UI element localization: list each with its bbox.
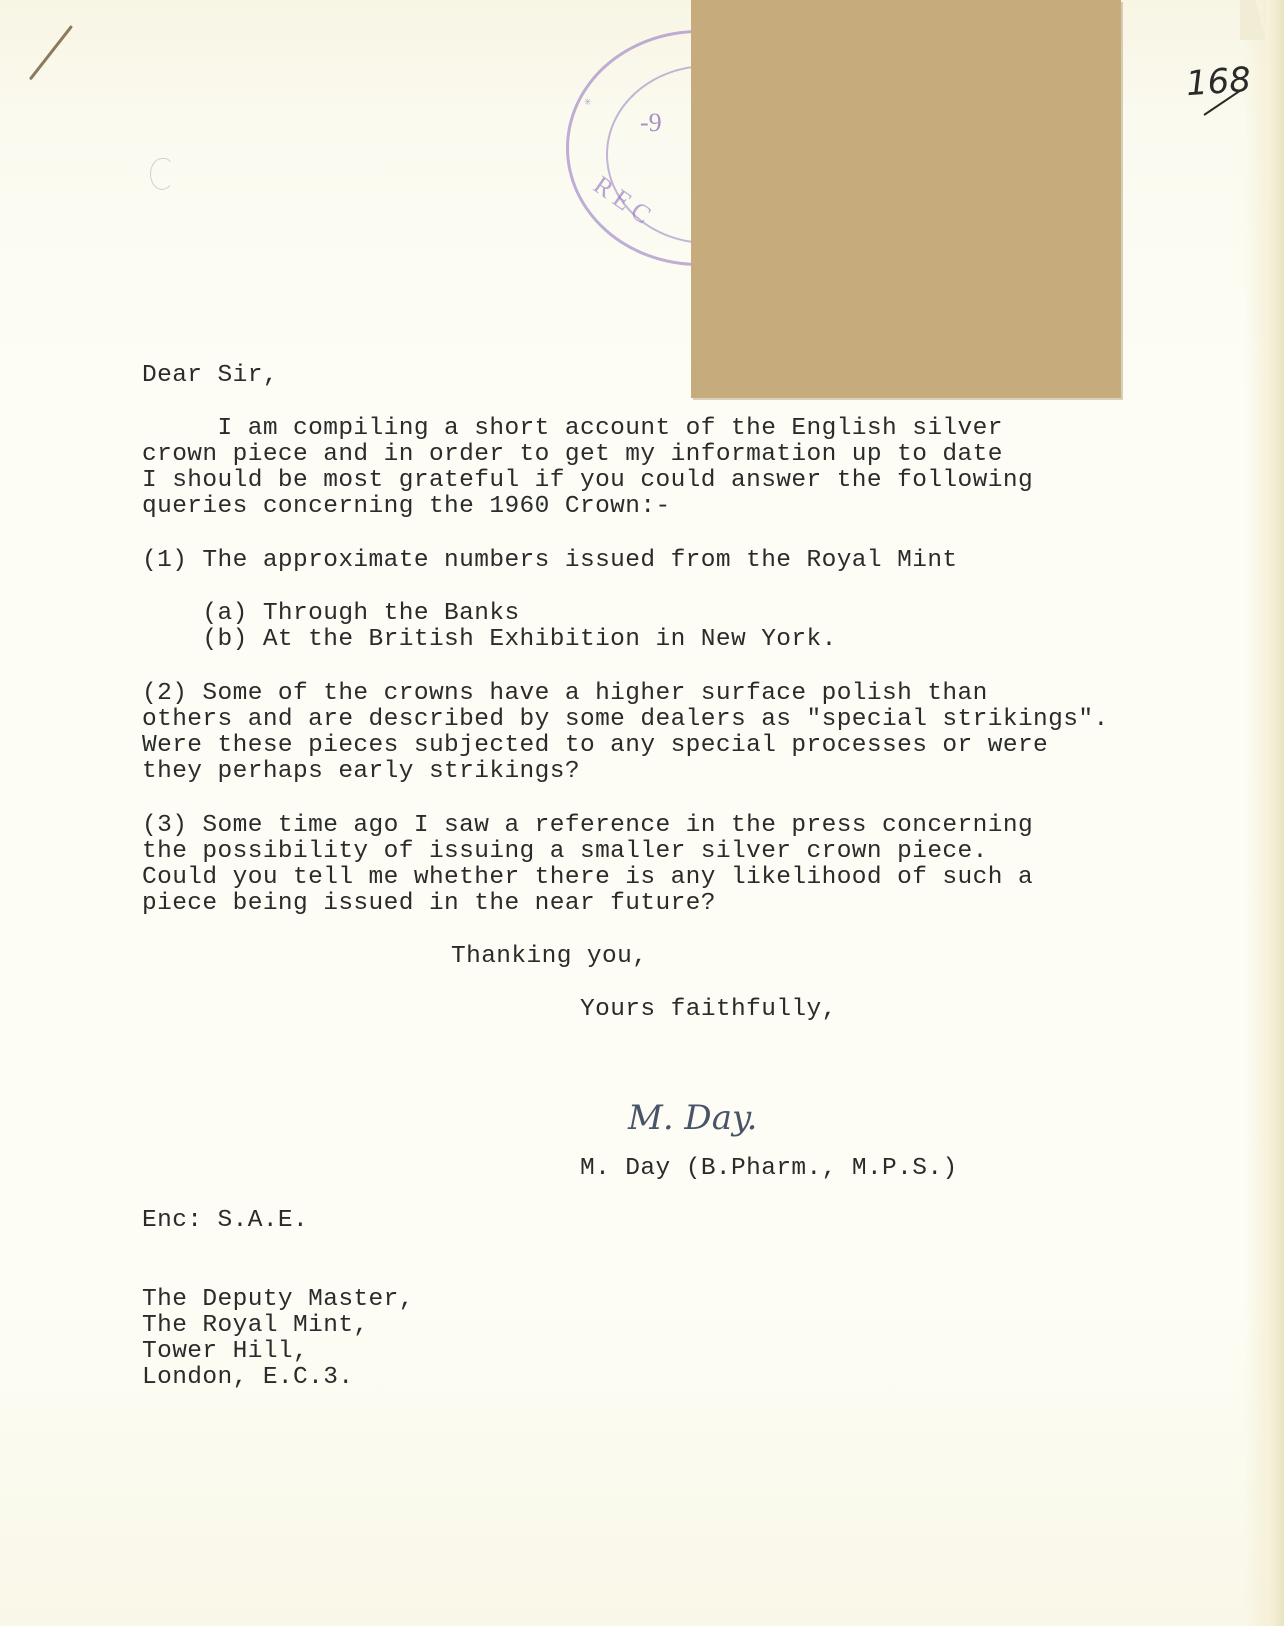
query-2-line: Were these pieces subjected to any speci… xyxy=(142,733,1048,760)
paper-cover-patch xyxy=(691,0,1121,398)
closing-thanks: Thanking you, xyxy=(451,944,647,971)
address-line: London, E.C.3. xyxy=(142,1365,353,1392)
sender-name: M. Day (B.Pharm., M.P.S.) xyxy=(580,1156,958,1183)
salutation: Dear Sir, xyxy=(142,363,278,390)
query-3-line: (3) Some time ago I saw a reference in t… xyxy=(142,813,1033,840)
intro-line: crown piece and in order to get my infor… xyxy=(142,442,1003,469)
address-line: Tower Hill, xyxy=(142,1339,308,1366)
enclosure-note: Enc: S.A.E. xyxy=(142,1208,308,1235)
pencil-mark xyxy=(150,158,174,190)
query-3-line: the possibility of issuing a smaller sil… xyxy=(142,839,988,866)
address-line: The Deputy Master, xyxy=(142,1287,414,1314)
intro-line: I should be most grateful if you could a… xyxy=(142,468,1033,495)
address-line: The Royal Mint, xyxy=(142,1313,369,1340)
closing: Yours faithfully, xyxy=(580,997,837,1024)
query-3-line: piece being issued in the near future? xyxy=(142,891,716,918)
query-2-line: others and are described by some dealers… xyxy=(142,707,1109,734)
paper-edge xyxy=(1244,0,1284,1626)
folio-number: 168 xyxy=(1185,60,1253,104)
stamp-star-icon: ✳ xyxy=(584,94,591,109)
query-2-line: (2) Some of the crowns have a higher sur… xyxy=(142,681,988,708)
query-3-line: Could you tell me whether there is any l… xyxy=(142,865,1033,892)
intro-line: I am compiling a short account of the En… xyxy=(142,416,1003,443)
query-1-text: (1) The approximate numbers issued from … xyxy=(142,548,958,575)
query-2-line: they perhaps early strikings? xyxy=(142,759,580,786)
stamp-date: -9 xyxy=(640,108,662,138)
query-1-sub-b: (b) At the British Exhibition in New Yor… xyxy=(142,627,837,654)
intro-line: queries concerning the 1960 Crown:- xyxy=(142,494,671,521)
handwritten-signature: M. Day. xyxy=(628,1098,757,1138)
query-1-sub-a: (a) Through the Banks xyxy=(142,601,520,628)
